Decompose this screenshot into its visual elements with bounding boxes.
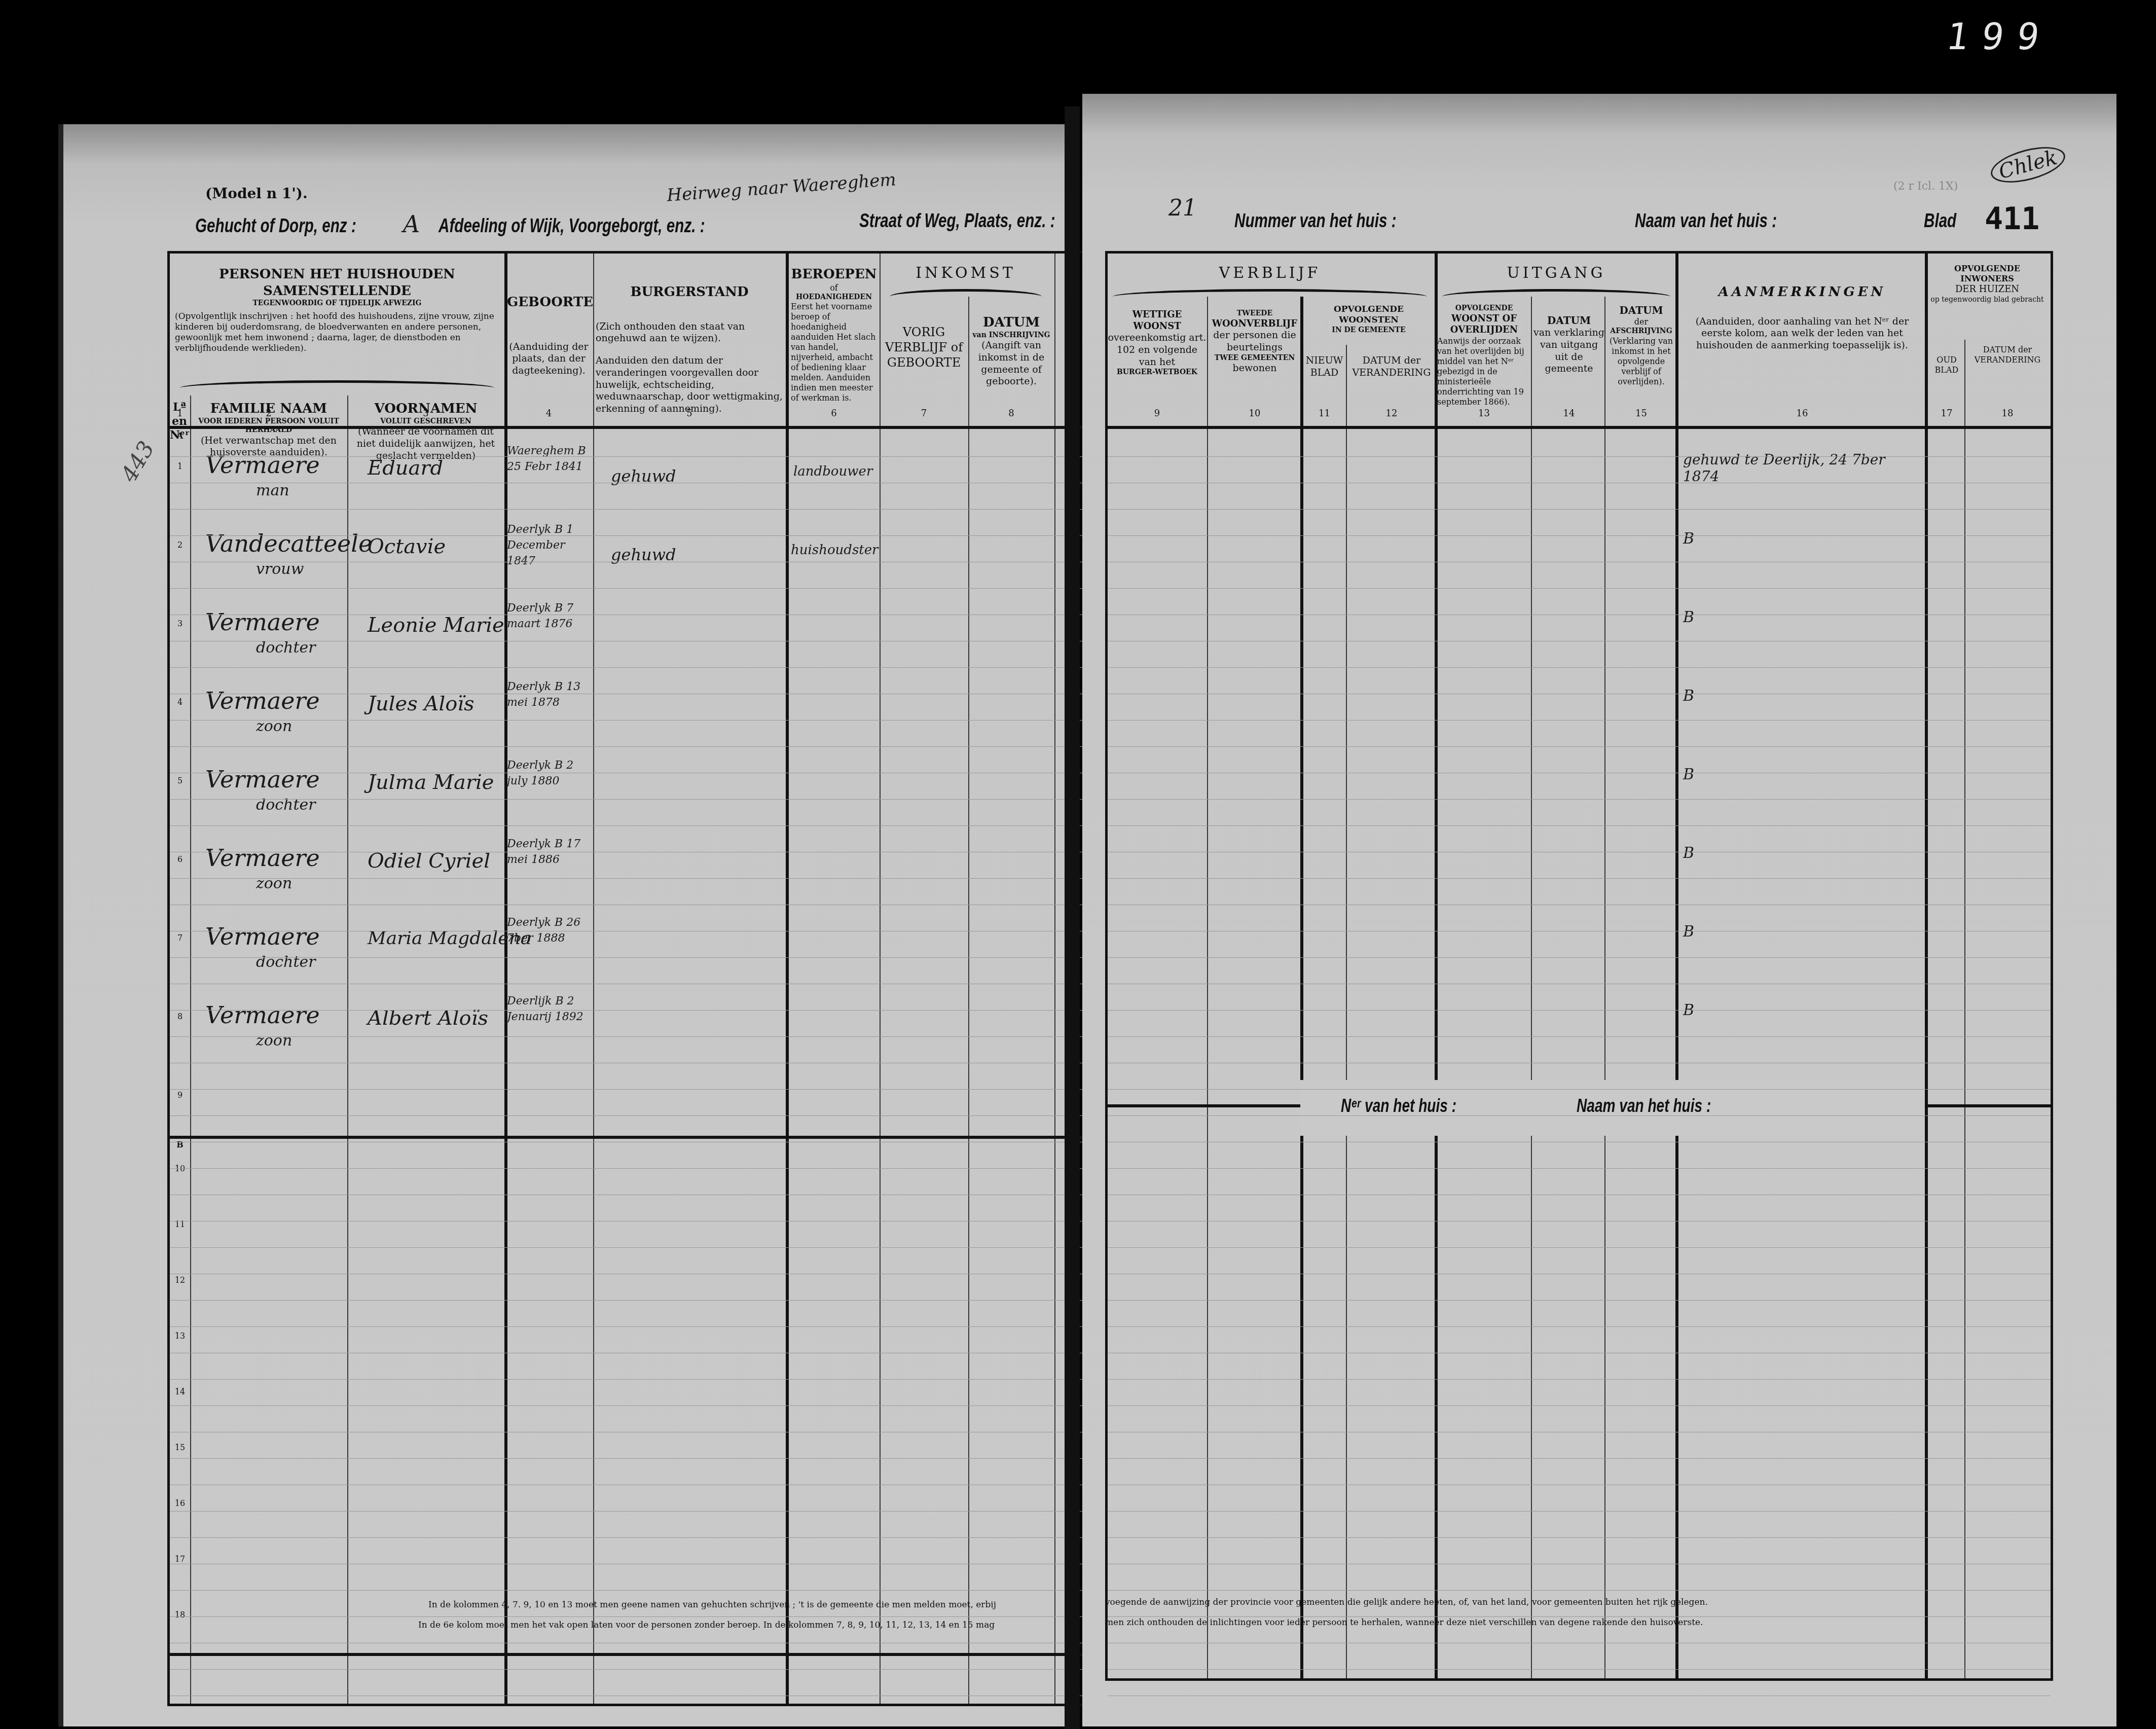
ruled-line (1108, 1696, 2051, 1696)
beroepen-header: BEROEPEN of HOEDANIGHEDEN Eerst het voor… (791, 266, 877, 403)
datum-verandering-header: DATUM der VERANDERING (1348, 355, 1435, 379)
ruled-line (170, 1010, 1123, 1011)
column-number: 9 (1108, 408, 1207, 419)
ruled-line (170, 1432, 1123, 1432)
oud-blad-header: OUD BLAD (1929, 355, 1964, 375)
datum-verklaring-header: DATUM van verklaring van uitgang uit de … (1533, 314, 1604, 375)
table-row: 2 Vandecatteele vrouw Octavie Deerlyk B … (170, 520, 1123, 598)
column-number: 7 (882, 408, 966, 419)
ruled-line (170, 1353, 1123, 1353)
ruled-line (1108, 1089, 2051, 1090)
column-number: 8 (971, 408, 1052, 419)
ruled-line (1108, 615, 2051, 615)
ruled-line (1108, 984, 2051, 984)
column-number: 16 (1680, 408, 1924, 419)
afdeeling-value: Heirweg naar Waereghem (666, 169, 897, 206)
naam-label: Naam van het huis : (1635, 210, 1777, 232)
ruled-line (170, 1511, 1123, 1511)
row-number: 13 (170, 1331, 190, 1341)
ruled-line (170, 641, 1123, 641)
geboorte: Deerlyk B 2 july 1880 (507, 758, 588, 789)
footer-note-2: men zich onthouden de inlichtingen voor … (1105, 1617, 1703, 1628)
row-number: 12 (170, 1275, 190, 1285)
burgerstand-header: BURGERSTAND (Zich onthouden den staat va… (596, 284, 783, 415)
ruled-line (170, 1696, 1123, 1696)
ruled-line (170, 1142, 1123, 1142)
ruled-line (1108, 905, 2051, 905)
familie-naam: Vermaere (205, 1001, 320, 1029)
voornamen: Leonie Marie (368, 614, 504, 637)
row-number: 15 (170, 1443, 190, 1452)
opvolgende-woonsten-header: OPVOLGENDE WOONSTEN IN DE GEMEENTE (1303, 304, 1435, 335)
ruled-line (1108, 825, 2051, 826)
ruled-line (1108, 1485, 2051, 1485)
ruled-line (1108, 746, 2051, 747)
wettige-woonst-header: WETTIGE WOONST overeenkomstig art. 102 e… (1108, 309, 1207, 377)
voornamen: Eduard (368, 456, 443, 480)
ruled-line (170, 694, 1123, 694)
row-number: 18 (170, 1610, 190, 1619)
ruled-line (1108, 720, 2051, 721)
ruled-line (170, 931, 1123, 931)
relatie: dochter (256, 953, 316, 971)
ruled-line (1108, 1274, 2051, 1274)
table-row: 1 Vermaere man Eduard Waereghem B 25 Feb… (170, 441, 1123, 520)
relatie: zoon (256, 1032, 292, 1050)
table-row: 8 Vermaere zoon Albert Aloïs Deerlijk B … (170, 991, 1123, 1070)
section-a-label: A (170, 431, 190, 441)
ruled-line (1108, 1247, 2051, 1248)
footer-note-2: In de 6e kolom moet men het vak open lat… (418, 1620, 995, 1630)
ruled-line (170, 535, 1123, 536)
uitgang-header: UITGANG (1437, 264, 1675, 283)
beroep: huishoudster (791, 543, 879, 558)
ruled-line (170, 1115, 1123, 1116)
opvolgende-woonst-header: OPVOLGENDE WOONST OF OVERLIJDEN Aanwijs … (1437, 304, 1531, 407)
ruled-line (170, 720, 1123, 721)
ruled-line (1108, 878, 2051, 879)
ruled-line (1108, 1326, 2051, 1327)
column-number: 13 (1437, 408, 1531, 419)
ruled-line (170, 1485, 1123, 1485)
geboorte-header: GEBOORTE (Aanduiding der plaats, dan der… (507, 294, 591, 377)
ruled-line (170, 1168, 1123, 1169)
ruled-line (170, 1643, 1123, 1643)
datum-inschrijving-header: DATUM van INSCHRIJVING (Aangift van inko… (971, 314, 1052, 388)
ruled-line (1108, 931, 2051, 931)
ruled-line (1108, 1511, 2051, 1511)
table-row: 7 Vermaere dochter Maria Magdalena Deerl… (170, 913, 1123, 991)
row-number: 14 (170, 1387, 190, 1396)
verblijf-header: VERBLIJF (1108, 264, 1432, 283)
ruled-line (170, 852, 1123, 852)
relatie: vrouw (256, 560, 304, 578)
ruled-line (1108, 1379, 2051, 1380)
voornamen: Odiel Cyriel (368, 849, 490, 873)
ruled-line (170, 562, 1123, 562)
ruled-line (1108, 1036, 2051, 1037)
familie-naam: Vandecatteele (205, 530, 372, 557)
ruled-line (1108, 1195, 2051, 1195)
familie-naam: Vermaere (205, 608, 320, 636)
gehucht-value: A (403, 210, 420, 238)
ruled-line (1108, 852, 2051, 852)
ruled-line (170, 1406, 1123, 1406)
straat-label: Straat of Weg, Plaats, enz. : (859, 210, 1055, 232)
column-number: 14 (1533, 408, 1604, 419)
aanmerking-entry: B (1683, 687, 1694, 705)
ruled-line (1108, 957, 2051, 958)
column-number: 5 (596, 408, 783, 419)
ruled-line (170, 1221, 1123, 1221)
aanmerking-entry: B (1683, 608, 1694, 626)
mid-house-box: Nᵉʳ van het huis : Naam van het huis : (1300, 1080, 1925, 1136)
familie-naam: Vermaere (205, 451, 320, 479)
inkomst-header: INKOMST (882, 264, 1049, 283)
ruled-line (1108, 1115, 2051, 1116)
model-label: (Model n 1'). (205, 185, 308, 202)
ruled-line (1108, 694, 2051, 694)
ruled-line (1108, 456, 2051, 457)
inwoners-header: OPVOLGENDE INWONERS DER HUIZEN op tegenw… (1929, 264, 2045, 304)
brace-icon (1113, 289, 1427, 297)
datum-afschrijving-header: DATUM der AFSCHRIJVING (Verklaring van i… (1607, 304, 1675, 387)
blad-number: 411 (1985, 201, 2039, 237)
right-register-table: VERBLIJF WETTIGE WOONST overeenkomstig a… (1105, 251, 2053, 1681)
column-number: 18 (1967, 408, 2048, 419)
section-b-label: B (170, 1140, 190, 1149)
ruled-line (1108, 1643, 2051, 1643)
personen-header: PERSONEN HET HUISHOUDEN SAMENSTELLENDE T… (175, 266, 499, 354)
aanmerking-entry: B (1683, 530, 1694, 548)
left-register-table: PERSONEN HET HUISHOUDEN SAMENSTELLENDE T… (167, 251, 1125, 1706)
ruled-line (170, 588, 1123, 589)
ruled-line (170, 957, 1123, 958)
row-number: 17 (170, 1554, 190, 1564)
gehucht-label: Gehucht of Dorp, enz : (195, 215, 356, 237)
ruled-line (170, 905, 1123, 905)
voornamen: Jules Aloïs (368, 692, 474, 715)
relatie: dochter (256, 639, 316, 657)
column-number: 1 (170, 408, 190, 419)
ruled-line (170, 483, 1123, 483)
ruled-line (170, 1089, 1123, 1090)
vorig-verblijf-header: VORIG VERBLIJF of GEBOORTE (882, 325, 966, 370)
column-number: 2 (193, 408, 345, 419)
ruled-line (170, 1537, 1123, 1538)
tweede-woonverblijf-header: TWEEDE WOONVERBLIJF der personen die beu… (1209, 309, 1300, 375)
margin-note: 443 (116, 437, 160, 486)
ruled-line (170, 667, 1123, 668)
table-row: 6 Vermaere zoon Odiel Cyriel Deerlyk B 1… (170, 834, 1123, 913)
geboorte: Deerlyk B 13 mei 1878 (507, 679, 588, 711)
table-row: 5 Vermaere dochter Julma Marie Deerlyk B… (170, 755, 1123, 834)
right-page: (2 r Icl. 1X) Chlek 21 Nummer van het hu… (1082, 94, 2116, 1726)
footer-note-1: In de kolommen 4, 7. 9, 10 en 13 moet me… (428, 1600, 996, 1610)
ruled-line (1108, 588, 2051, 589)
familie-naam: Vermaere (205, 923, 320, 950)
beroep: landbouwer (793, 464, 872, 479)
aanmerking-entry: B (1683, 923, 1694, 941)
initials-stamp: Chlek (1987, 140, 2069, 189)
ruled-line (170, 878, 1123, 879)
ruled-line (170, 1379, 1123, 1380)
ruled-line (170, 1274, 1123, 1274)
ruled-line (1108, 1063, 2051, 1063)
voornamen: Julma Marie (368, 771, 494, 794)
ruled-line (1108, 509, 2051, 510)
brace-icon (180, 380, 494, 388)
house-number-value: 21 (1168, 195, 1197, 221)
ruled-line (1108, 483, 2051, 483)
ruled-line (170, 1247, 1123, 1248)
ruled-line (1108, 667, 2051, 668)
ruled-line (1108, 641, 2051, 641)
brace-icon (1442, 289, 1670, 297)
ruled-line (170, 1669, 1123, 1670)
ruled-line (170, 773, 1123, 773)
datum-der-verandering-header: DATUM der VERANDERING (1967, 345, 2048, 365)
familie-naam: Vermaere (205, 766, 320, 793)
column-number: 4 (507, 408, 591, 419)
ruled-line (1108, 562, 2051, 562)
ruled-line (170, 1063, 1123, 1063)
relatie: man (256, 482, 289, 499)
ruled-line (1108, 1142, 2051, 1142)
blad-label: Blad (1924, 210, 1956, 232)
nummer-label: Nummer van het huis : (1234, 210, 1397, 232)
geboorte: Deerlijk B 2 Jenuarij 1892 (507, 994, 588, 1025)
column-number: 3 (350, 408, 502, 419)
table-row: 4 Vermaere zoon Jules Aloïs Deerlyk B 13… (170, 677, 1123, 755)
faint-stamp: (2 r Icl. 1X) (1893, 180, 1958, 193)
aanmerking-entry: B (1683, 844, 1694, 862)
ruled-line (170, 1300, 1123, 1301)
relatie: zoon (256, 875, 292, 892)
column-number: 11 (1303, 408, 1346, 419)
column-number: 10 (1209, 408, 1300, 419)
ruled-line (170, 799, 1123, 800)
ruled-line (1108, 1406, 2051, 1406)
ruled-line (170, 1195, 1123, 1195)
aanmerking-entry: B (1683, 766, 1694, 783)
ruled-line (170, 1590, 1123, 1591)
afdeeling-label: Afdeeling of Wijk, Voorgeborgt, enz. : (438, 215, 705, 237)
mid-naam-label: Naam van het huis : (1577, 1095, 1711, 1116)
row-number: 16 (170, 1498, 190, 1508)
ruled-line (1108, 1432, 2051, 1432)
ruled-line (170, 456, 1123, 457)
ruled-line (1108, 1010, 2051, 1011)
table-row: 9 (170, 1070, 1123, 1133)
footer-note-1: voegende de aanwijzing der provincie voo… (1105, 1597, 1708, 1607)
ruled-line (170, 1326, 1123, 1327)
column-number: 15 (1607, 408, 1675, 419)
ruled-line (170, 1564, 1123, 1564)
ruled-line (1108, 1564, 2051, 1564)
frame-number: 199 (1944, 15, 2055, 58)
ruled-line (170, 615, 1123, 615)
column-number: 12 (1348, 408, 1435, 419)
ruled-line (1108, 1353, 2051, 1353)
aanmerkingen-header: AANMERKINGEN (Aanduiden, door aanhaling … (1680, 284, 1924, 352)
ruled-line (1108, 799, 2051, 800)
ruled-line (170, 509, 1123, 510)
column-number: 17 (1929, 408, 1964, 419)
ruled-line (1108, 1537, 2051, 1538)
ruled-line (1108, 1300, 2051, 1301)
ruled-line (1108, 1168, 2051, 1169)
ruled-line (170, 825, 1123, 826)
ruled-line (170, 984, 1123, 984)
ruled-line (1108, 535, 2051, 536)
column-number: 6 (791, 408, 877, 419)
ruled-line (1108, 1458, 2051, 1459)
geboorte: Waereghem B 25 Febr 1841 (507, 444, 588, 475)
mid-nr-label: Nᵉʳ van het huis : (1341, 1095, 1456, 1116)
voornamen: Octavie (368, 535, 446, 558)
nieuw-blad-header: NIEUW BLAD (1303, 355, 1346, 379)
ruled-line (1108, 1590, 2051, 1591)
left-page: 443 (Model n 1'). Heirweg naar Waereghem… (58, 124, 1077, 1726)
familie-naam: Vermaere (205, 687, 320, 714)
table-row: 3 Vermaere dochter Leonie Marie Deerlyk … (170, 598, 1123, 677)
ruled-line (1108, 1616, 2051, 1617)
familie-naam: Vermaere (205, 844, 320, 872)
geboorte: Deerlyk B 7 maart 1876 (507, 601, 588, 632)
ruled-line (1108, 1221, 2051, 1221)
ruled-line (170, 1458, 1123, 1459)
book-gutter (1065, 106, 1080, 1729)
ruled-line (1108, 773, 2051, 773)
brace-icon (890, 289, 1042, 297)
ruled-line (170, 1616, 1123, 1617)
ruled-line (1108, 1669, 2051, 1670)
ruled-line (170, 1036, 1123, 1037)
ruled-line (170, 746, 1123, 747)
